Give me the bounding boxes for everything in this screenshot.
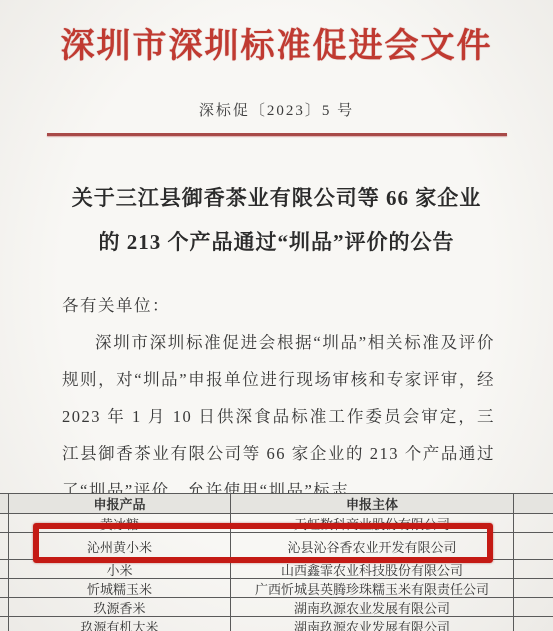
product-cell: 黄冰糖 [9, 514, 231, 532]
product-cell: 忻城糯玉米 [9, 579, 231, 597]
document-body: 各有关单位： 深圳市深圳标准促进会根据“圳品”相关标准及评价规则，对“圳品”申报… [62, 287, 495, 509]
table-row: 黄冰糖 天虹数科商业股份有限公司 [0, 514, 553, 533]
product-cell: 小米 [9, 560, 231, 578]
subject-cell: 广西忻城县英腾珍珠糯玉米有限责任公司 [231, 579, 514, 597]
table-right-stub [514, 560, 553, 578]
table-right-stub [514, 514, 553, 532]
red-separator-line [47, 133, 507, 136]
table-body: 黄冰糖 天虹数科商业股份有限公司 沁州黄小米 沁县沁谷香农业开发有限公司 小米 … [0, 514, 553, 631]
product-cell: 玖源有机大米 [9, 617, 231, 631]
table-row: 忻城糯玉米 广西忻城县英腾珍珠糯玉米有限责任公司 [0, 579, 553, 598]
table-row: 小米 山西鑫霏农业科技股份有限公司 [0, 560, 553, 579]
table-header-subject: 申报主体 [231, 494, 514, 513]
table-header-product: 申报产品 [9, 494, 231, 513]
table-left-stub [0, 494, 9, 513]
subject-cell: 山西鑫霏农业科技股份有限公司 [231, 560, 514, 578]
table-row: 玖源香米 湖南玖源农业发展有限公司 [0, 598, 553, 617]
document-number: 深标促〔2023〕5 号 [0, 99, 553, 120]
subject-cell: 沁县沁谷香农业开发有限公司 [231, 533, 514, 559]
table-left-stub [0, 598, 9, 616]
issuing-organization-title: 深圳市深圳标准促进会文件 [0, 18, 553, 67]
table-right-stub [514, 579, 553, 597]
table-right-stub [514, 617, 553, 631]
salutation: 各有关单位： [62, 287, 495, 324]
table-left-stub [0, 533, 9, 559]
announcement-title-line1: 关于三江县御香茶业有限公司等 66 家企业 [0, 176, 553, 220]
scanned-official-document: 深圳市深圳标准促进会文件 深标促〔2023〕5 号 关于三江县御香茶业有限公司等… [0, 0, 553, 631]
table-header-row: 申报产品 申报主体 [0, 494, 553, 514]
table-right-stub [514, 533, 553, 559]
table-left-stub [0, 560, 9, 578]
subject-cell: 湖南玖源农业发展有限公司 [231, 598, 514, 616]
table-right-stub [514, 598, 553, 616]
subject-cell: 湖南玖源农业发展有限公司 [231, 617, 514, 631]
table-left-stub [0, 617, 9, 631]
product-cell: 玖源香米 [9, 598, 231, 616]
table-right-stub [514, 494, 553, 513]
table-left-stub [0, 514, 9, 532]
announcement-title-line2: 的 213 个产品通过“圳品”评价的公告 [0, 220, 553, 264]
approved-products-table: 申报产品 申报主体 黄冰糖 天虹数科商业股份有限公司 沁州黄小米 沁县沁谷香农业… [0, 493, 553, 631]
body-paragraph: 深圳市深圳标准促进会根据“圳品”相关标准及评价规则，对“圳品”申报单位进行现场审… [62, 324, 495, 509]
product-cell: 沁州黄小米 [9, 533, 231, 559]
table-left-stub [0, 579, 9, 597]
subject-cell: 天虹数科商业股份有限公司 [231, 514, 514, 532]
announcement-title: 关于三江县御香茶业有限公司等 66 家企业 的 213 个产品通过“圳品”评价的… [0, 176, 553, 264]
table-row: 玖源有机大米 湖南玖源农业发展有限公司 [0, 617, 553, 631]
table-row: 沁州黄小米 沁县沁谷香农业开发有限公司 [0, 533, 553, 560]
